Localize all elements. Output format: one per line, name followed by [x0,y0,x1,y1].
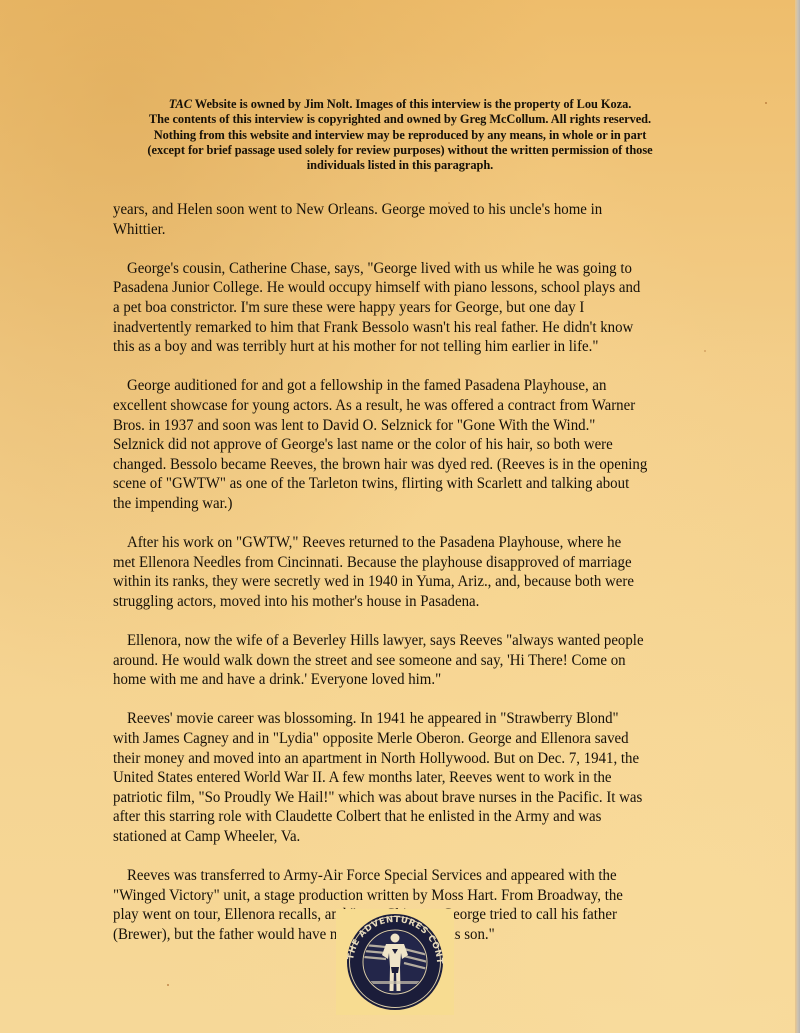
paragraph-line: their money and moved into an apartment … [113,749,652,769]
notice-text: individuals listed in this paragraph. [307,158,493,172]
paragraph: Ellenora, now the wife of a Beverley Hil… [113,631,693,690]
paragraph-line: home with me and have a drink.' Everyone… [113,670,652,690]
paragraph: Reeves' movie career was blossoming. In … [113,709,693,846]
notice-text: The contents of this interview is copyri… [149,112,651,126]
paragraph-line: years, and Helen soon went to New Orlean… [113,200,652,220]
paper-speck [167,984,169,986]
paragraph-line: around. He would walk down the street an… [113,651,652,671]
notice-text: (except for brief passage used solely fo… [147,143,652,157]
paragraph-line: inadvertently remarked to him that Frank… [113,318,652,338]
paragraph-line: changed. Bessolo became Reeves, the brow… [113,455,652,475]
paragraph-line: within its ranks, they were secretly wed… [113,572,652,592]
paragraph-line: the impending war.) [113,494,652,514]
paragraph-line: met Ellenora Needles from Cincinnati. Be… [113,553,652,573]
paragraph-line: Ellenora, now the wife of a Beverley Hil… [113,631,652,651]
notice-line: individuals listed in this paragraph. [80,158,720,173]
notice-line: Nothing from this website and interview … [80,128,720,143]
paragraph-line: After his work on "GWTW," Reeves returne… [113,533,652,553]
notice-line: (except for brief passage used solely fo… [80,143,720,158]
paragraph-line: with James Cagney and in "Lydia" opposit… [113,729,652,749]
paragraph-line: a pet boa constrictor. I'm sure these we… [113,298,652,318]
paragraph: George's cousin, Catherine Chase, says, … [113,259,693,357]
notice-line: TAC Website is owned by Jim Nolt. Images… [80,97,720,112]
paragraph-line: Reeves' movie career was blossoming. In … [113,709,652,729]
page-edge [795,0,800,1033]
paragraph-line: Selznick did not approve of George's las… [113,435,652,455]
paragraph: George auditioned for and got a fellowsh… [113,376,693,513]
paragraph-line: patriotic film, "So Proudly We Hail!" wh… [113,788,652,808]
copyright-notice: TAC Website is owned by Jim Nolt. Images… [80,97,720,173]
paragraph-line: United States entered World War II. A fe… [113,768,652,788]
notice-italic-title: TAC [169,97,192,111]
notice-line: The contents of this interview is copyri… [80,112,720,127]
paragraph: years, and Helen soon went to New Orlean… [113,200,693,239]
notice-text: Nothing from this website and interview … [154,128,647,142]
paragraph-line: struggling actors, moved into his mother… [113,592,652,612]
superman-emblem-icon: THE ADVENTURES CONTINUE [336,909,454,1015]
paper-speck [765,102,767,104]
paragraph-line: "Winged Victory" unit, a stage productio… [113,886,652,906]
paragraph-line: stationed at Camp Wheeler, Va. [113,827,652,847]
paragraph-line: after this starring role with Claudette … [113,807,652,827]
paper-speck [704,350,706,352]
paragraph-line: George auditioned for and got a fellowsh… [113,376,652,396]
notice-text: Website is owned by Jim Nolt. Images of … [192,97,631,111]
paragraph-line: Bros. in 1937 and soon was lent to David… [113,416,652,436]
paragraph-line: George's cousin, Catherine Chase, says, … [113,259,652,279]
paragraph-line: scene of "GWTW" as one of the Tarleton t… [113,474,652,494]
paragraph-line: Pasadena Junior College. He would occupy… [113,278,652,298]
paragraph-line: Reeves was transferred to Army-Air Force… [113,866,652,886]
paragraph-line: excellent showcase for young actors. As … [113,396,652,416]
article-body: years, and Helen soon went to New Orlean… [113,200,693,964]
the-adventures-continue-logo: THE ADVENTURES CONTINUE [336,909,454,1015]
paragraph-line: this as a boy and was terribly hurt at h… [113,337,652,357]
paragraph-line: Whittier. [113,220,652,240]
paragraph: After his work on "GWTW," Reeves returne… [113,533,693,611]
